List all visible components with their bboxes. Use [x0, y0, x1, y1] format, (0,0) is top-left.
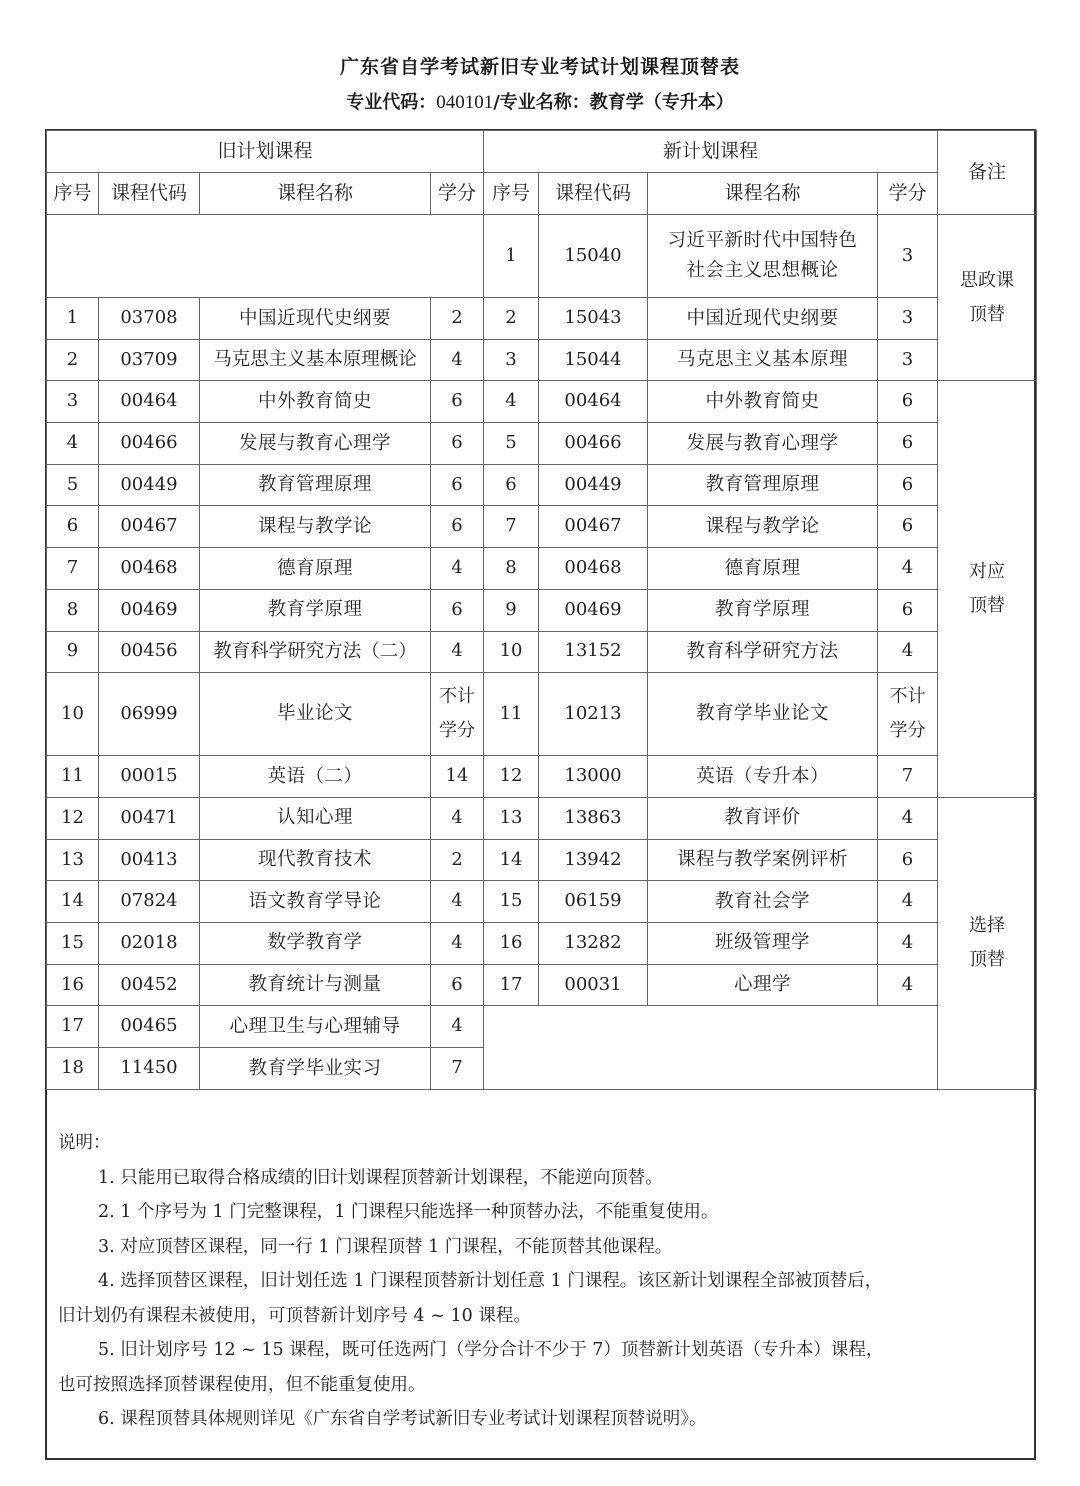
old-name: 马克思主义基本原理概论	[200, 339, 431, 381]
old-seq: 13	[47, 839, 99, 881]
new-credit: 4	[878, 631, 938, 673]
old-name: 心理卫生与心理辅导	[200, 1006, 431, 1048]
new-code: 00466	[539, 423, 648, 465]
old-code-header: 课程代码	[99, 173, 200, 215]
new-name: 英语（专升本）	[648, 756, 878, 798]
old-empty-cell	[47, 215, 484, 298]
old-name: 教育学毕业实习	[200, 1048, 431, 1090]
new-credit: 不计学分	[878, 673, 938, 756]
new-name: 教育评价	[648, 797, 878, 839]
new-credit: 4	[878, 922, 938, 964]
old-code: 00471	[99, 797, 200, 839]
new-code: 13863	[539, 797, 648, 839]
new-seq: 16	[484, 922, 539, 964]
old-code: 00467	[99, 506, 200, 548]
old-credit: 4	[431, 881, 484, 923]
table-row: 14 07824 语文教育学导论 4 15 06159 教育社会学 4	[47, 881, 1037, 923]
document-subtitle: 专业代码：040101/专业名称：教育学（专升本）	[0, 88, 1080, 114]
new-name: 教育学原理	[648, 589, 878, 631]
table-row: 11 00015 英语（二） 14 12 13000 英语（专升本） 7	[47, 756, 1037, 798]
note-item-5: 5. 旧计划序号 12 ~ 15 课程，既可任选两门（学分合计不少于 7）顶替新…	[58, 1333, 1033, 1368]
note-item-4: 4. 选择顶替区课程，旧计划任选 1 门课程顶替新计划任意 1 门课程。该区新计…	[58, 1264, 1033, 1299]
note-item-5-cont: 也可按照选择顶替课程使用，但不能重复使用。	[58, 1368, 1033, 1403]
major-code-label: 专业代码：	[346, 92, 436, 113]
new-seq: 4	[484, 381, 539, 423]
table-row: 5 00449 教育管理原理 6 6 00449 教育管理原理 6	[47, 464, 1037, 506]
remark-corresponding: 对应顶替	[938, 381, 1037, 798]
new-code: 15044	[539, 339, 648, 381]
new-code: 00469	[539, 589, 648, 631]
new-code-header: 课程代码	[539, 173, 648, 215]
major-code: 040101	[436, 92, 493, 113]
old-name: 教育管理原理	[200, 464, 431, 506]
old-name: 德育原理	[200, 548, 431, 590]
new-name: 教育学毕业论文	[648, 673, 878, 756]
new-code: 13152	[539, 631, 648, 673]
table-row: 7 00468 德育原理 4 8 00468 德育原理 4	[47, 548, 1037, 590]
new-name: 教育管理原理	[648, 464, 878, 506]
remark-political: 思政课顶替	[938, 215, 1037, 381]
table-row: 16 00452 教育统计与测量 6 17 00031 心理学 4	[47, 964, 1037, 1006]
old-credit: 不计学分	[431, 673, 484, 756]
new-credit: 4	[878, 881, 938, 923]
old-code: 00015	[99, 756, 200, 798]
old-seq: 5	[47, 464, 99, 506]
old-credit: 6	[431, 506, 484, 548]
old-seq: 12	[47, 797, 99, 839]
major-name-label: /专业名称：	[493, 92, 590, 113]
old-seq: 18	[47, 1048, 99, 1090]
new-name: 教育科学研究方法	[648, 631, 878, 673]
notes-section: 说明： 1. 只能用已取得合格成绩的旧计划课程顶替新计划课程，不能逆向顶替。 2…	[58, 1126, 1033, 1437]
old-credit: 6	[431, 589, 484, 631]
new-credit: 6	[878, 506, 938, 548]
old-seq: 11	[47, 756, 99, 798]
old-code: 06999	[99, 673, 200, 756]
new-code: 13942	[539, 839, 648, 881]
old-name: 中国近现代史纲要	[200, 298, 431, 340]
new-credit: 6	[878, 839, 938, 881]
remark-selective: 选择顶替	[938, 797, 1037, 1089]
remark-header: 备注	[938, 131, 1037, 215]
new-seq: 14	[484, 839, 539, 881]
table-row: 1 15040 习近平新时代中国特色社会主义思想概论 3 思政课顶替	[47, 215, 1037, 298]
old-name: 发展与教育心理学	[200, 423, 431, 465]
new-credit: 4	[878, 964, 938, 1006]
old-name: 教育统计与测量	[200, 964, 431, 1006]
table-row: 12 00471 认知心理 4 13 13863 教育评价 4 选择顶替	[47, 797, 1037, 839]
old-seq: 8	[47, 589, 99, 631]
old-credit: 6	[431, 464, 484, 506]
new-code: 06159	[539, 881, 648, 923]
major-name: 教育学（专升本）	[590, 92, 734, 113]
new-plan-header: 新计划课程	[484, 131, 938, 173]
new-credit: 4	[878, 548, 938, 590]
old-seq: 7	[47, 548, 99, 590]
new-name: 班级管理学	[648, 922, 878, 964]
new-code: 00464	[539, 381, 648, 423]
new-name: 教育社会学	[648, 881, 878, 923]
old-credit: 2	[431, 839, 484, 881]
old-code: 03709	[99, 339, 200, 381]
note-item-6: 6. 课程顶替具体规则详见《广东省自学考试新旧专业考试计划课程顶替说明》。	[58, 1402, 1033, 1437]
old-seq-header: 序号	[47, 173, 99, 215]
old-seq: 6	[47, 506, 99, 548]
new-name: 发展与教育心理学	[648, 423, 878, 465]
new-credit: 3	[878, 298, 938, 340]
new-name: 心理学	[648, 964, 878, 1006]
old-credit: 4	[431, 797, 484, 839]
course-substitution-table: 旧计划课程 新计划课程 备注 序号 课程代码 课程名称 学分 序号 课程代码 课…	[46, 130, 1037, 1090]
new-seq: 15	[484, 881, 539, 923]
old-credit: 6	[431, 381, 484, 423]
new-credit-header: 学分	[878, 173, 938, 215]
old-credit: 2	[431, 298, 484, 340]
new-seq: 6	[484, 464, 539, 506]
note-item-4-cont: 旧计划仍有课程未被使用，可顶替新计划序号 4 ~ 10 课程。	[58, 1299, 1033, 1334]
old-code: 07824	[99, 881, 200, 923]
old-code: 00464	[99, 381, 200, 423]
old-credit-header: 学分	[431, 173, 484, 215]
new-code: 00031	[539, 964, 648, 1006]
new-code: 13282	[539, 922, 648, 964]
new-credit: 3	[878, 215, 938, 298]
new-name: 课程与教学论	[648, 506, 878, 548]
old-credit: 6	[431, 423, 484, 465]
table-row: 4 00466 发展与教育心理学 6 5 00466 发展与教育心理学 6	[47, 423, 1037, 465]
old-code: 00413	[99, 839, 200, 881]
old-name: 中外教育简史	[200, 381, 431, 423]
new-credit: 6	[878, 464, 938, 506]
document-title: 广东省自学考试新旧专业考试计划课程顶替表	[0, 52, 1080, 79]
old-seq: 16	[47, 964, 99, 1006]
new-code: 13000	[539, 756, 648, 798]
new-seq: 8	[484, 548, 539, 590]
new-seq: 17	[484, 964, 539, 1006]
new-code: 00468	[539, 548, 648, 590]
table-row: 3 00464 中外教育简史 6 4 00464 中外教育简史 6 对应顶替	[47, 381, 1037, 423]
old-code: 00449	[99, 464, 200, 506]
new-code: 00467	[539, 506, 648, 548]
new-code: 15040	[539, 215, 648, 298]
old-seq: 4	[47, 423, 99, 465]
old-credit: 4	[431, 922, 484, 964]
new-seq: 3	[484, 339, 539, 381]
new-code: 00449	[539, 464, 648, 506]
new-seq: 12	[484, 756, 539, 798]
old-code: 00466	[99, 423, 200, 465]
new-credit: 4	[878, 797, 938, 839]
new-seq-header: 序号	[484, 173, 539, 215]
old-credit: 6	[431, 964, 484, 1006]
new-seq: 13	[484, 797, 539, 839]
table-row: 6 00467 课程与教学论 6 7 00467 课程与教学论 6	[47, 506, 1037, 548]
table-row: 10 06999 毕业论文 不计学分 11 10213 教育学毕业论文 不计学分	[47, 673, 1037, 756]
notes-heading: 说明：	[58, 1126, 1033, 1161]
old-name: 课程与教学论	[200, 506, 431, 548]
new-seq: 1	[484, 215, 539, 298]
old-seq: 10	[47, 673, 99, 756]
new-name: 中外教育简史	[648, 381, 878, 423]
old-seq: 1	[47, 298, 99, 340]
old-seq: 14	[47, 881, 99, 923]
old-name: 认知心理	[200, 797, 431, 839]
old-seq: 9	[47, 631, 99, 673]
old-credit: 4	[431, 1006, 484, 1048]
old-name: 毕业论文	[200, 673, 431, 756]
old-name: 语文教育学导论	[200, 881, 431, 923]
old-seq: 2	[47, 339, 99, 381]
old-credit: 14	[431, 756, 484, 798]
old-code: 03708	[99, 298, 200, 340]
new-empty-cell	[484, 1006, 938, 1089]
note-item-3: 3. 对应顶替区课程，同一行 1 门课程顶替 1 门课程，不能顶替其他课程。	[58, 1230, 1033, 1265]
new-seq: 11	[484, 673, 539, 756]
table-row: 17 00465 心理卫生与心理辅导 4	[47, 1006, 1037, 1048]
new-seq: 9	[484, 589, 539, 631]
old-credit: 4	[431, 631, 484, 673]
note-item-1: 1. 只能用已取得合格成绩的旧计划课程顶替新计划课程，不能逆向顶替。	[58, 1161, 1033, 1196]
old-code: 00452	[99, 964, 200, 1006]
old-credit: 7	[431, 1048, 484, 1090]
table-row: 8 00469 教育学原理 6 9 00469 教育学原理 6	[47, 589, 1037, 631]
new-name: 中国近现代史纲要	[648, 298, 878, 340]
table-row: 15 02018 数学教育学 4 16 13282 班级管理学 4	[47, 922, 1037, 964]
old-name-header: 课程名称	[200, 173, 431, 215]
new-code: 10213	[539, 673, 648, 756]
old-name: 数学教育学	[200, 922, 431, 964]
old-name: 英语（二）	[200, 756, 431, 798]
old-seq: 17	[47, 1006, 99, 1048]
old-code: 00469	[99, 589, 200, 631]
old-seq: 3	[47, 381, 99, 423]
old-credit: 4	[431, 548, 484, 590]
old-code: 00465	[99, 1006, 200, 1048]
new-code: 15043	[539, 298, 648, 340]
new-name: 马克思主义基本原理	[648, 339, 878, 381]
new-credit: 3	[878, 339, 938, 381]
new-seq: 7	[484, 506, 539, 548]
table-row: 2 03709 马克思主义基本原理概论 4 3 15044 马克思主义基本原理 …	[47, 339, 1037, 381]
old-name: 现代教育技术	[200, 839, 431, 881]
new-seq: 10	[484, 631, 539, 673]
old-name: 教育科学研究方法（二）	[200, 631, 431, 673]
table-row: 9 00456 教育科学研究方法（二） 4 10 13152 教育科学研究方法 …	[47, 631, 1037, 673]
new-credit: 6	[878, 381, 938, 423]
old-plan-header: 旧计划课程	[47, 131, 484, 173]
new-name-header: 课程名称	[648, 173, 878, 215]
new-name: 德育原理	[648, 548, 878, 590]
old-code: 11450	[99, 1048, 200, 1090]
old-credit: 4	[431, 339, 484, 381]
old-name: 教育学原理	[200, 589, 431, 631]
old-seq: 15	[47, 922, 99, 964]
new-credit: 6	[878, 589, 938, 631]
new-name: 课程与教学案例评析	[648, 839, 878, 881]
table-row: 1 03708 中国近现代史纲要 2 2 15043 中国近现代史纲要 3	[47, 298, 1037, 340]
note-item-2: 2. 1 个序号为 1 门完整课程，1 门课程只能选择一种顶替办法，不能重复使用…	[58, 1195, 1033, 1230]
new-credit: 6	[878, 423, 938, 465]
old-code: 02018	[99, 922, 200, 964]
old-code: 00468	[99, 548, 200, 590]
new-seq: 5	[484, 423, 539, 465]
table-row: 13 00413 现代教育技术 2 14 13942 课程与教学案例评析 6	[47, 839, 1037, 881]
old-code: 00456	[99, 631, 200, 673]
new-seq: 2	[484, 298, 539, 340]
new-name: 习近平新时代中国特色社会主义思想概论	[648, 215, 878, 298]
new-credit: 7	[878, 756, 938, 798]
